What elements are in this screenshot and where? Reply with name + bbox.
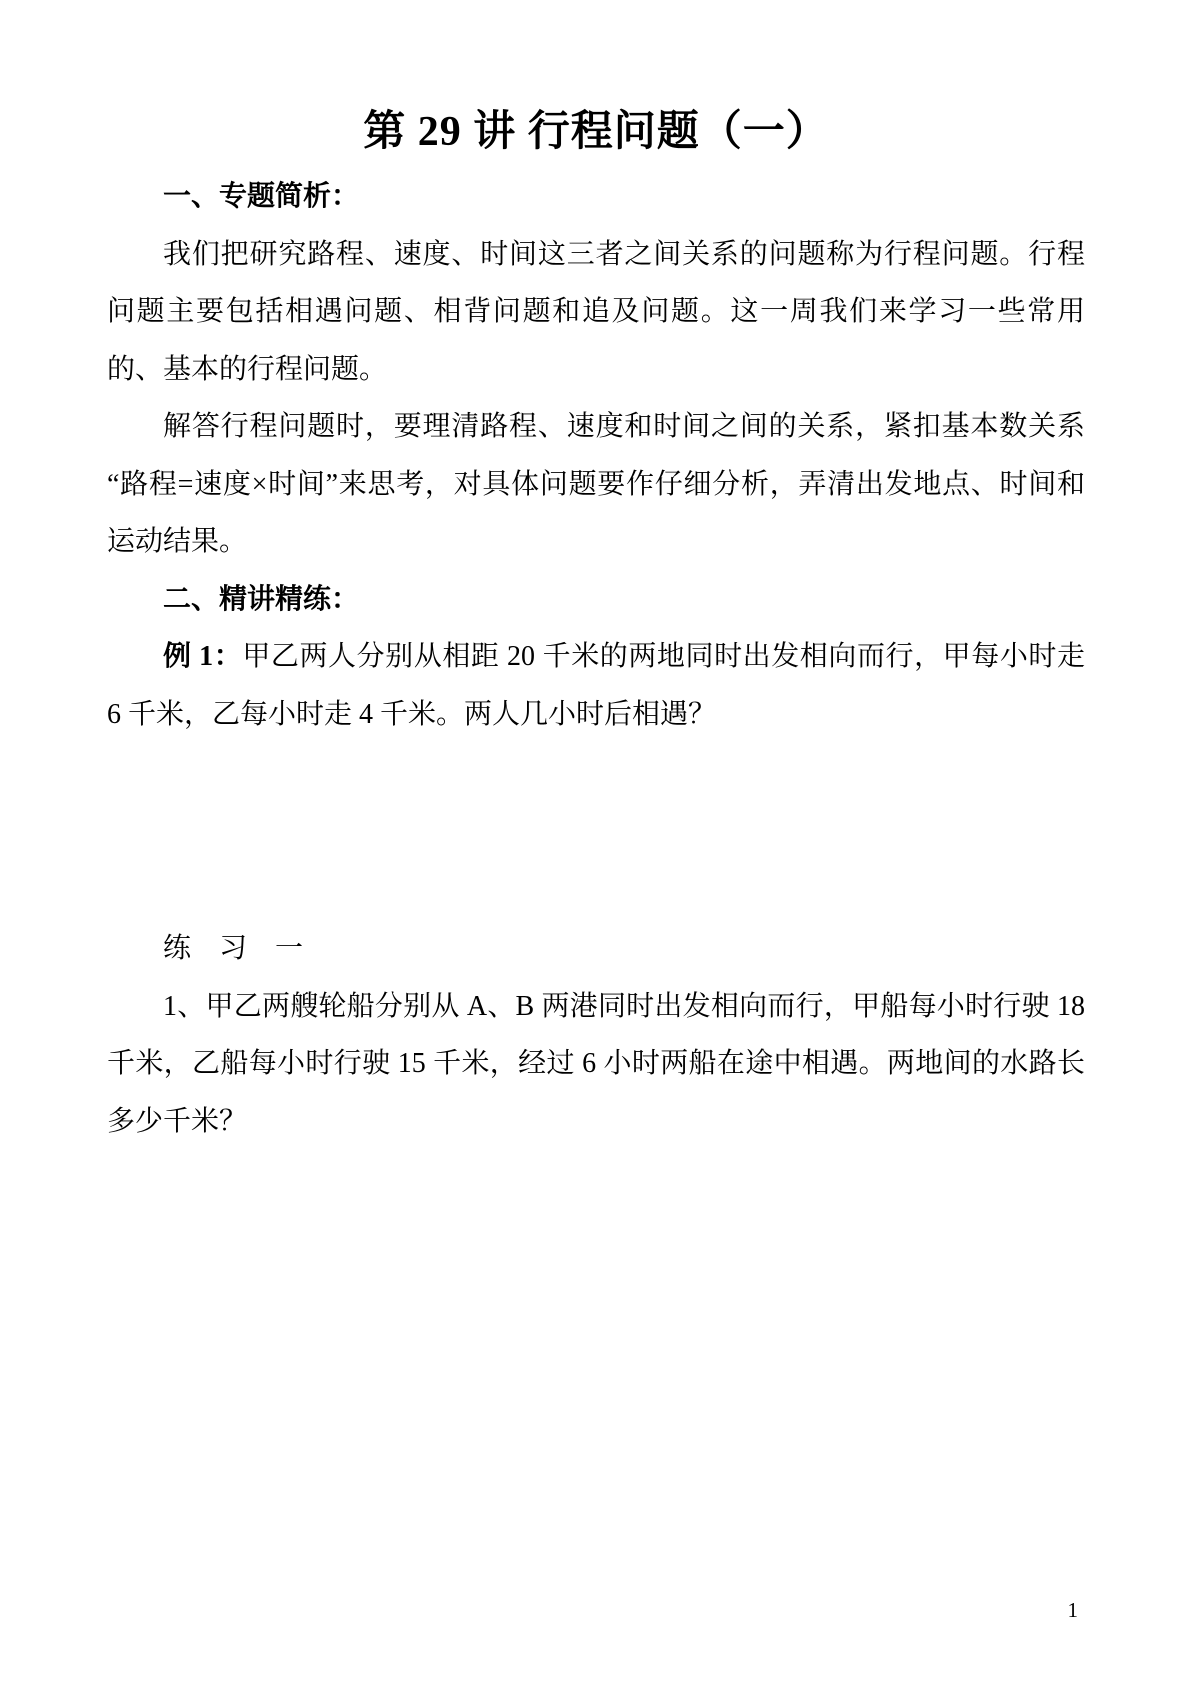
- workspace-blank-area: [107, 743, 1085, 920]
- section2-heading: 二、精讲精练：: [107, 571, 1085, 629]
- document-page: 第 29 讲 行程问题（一） 一、专题简析： 我们把研究路程、速度、时间这三者之…: [0, 0, 1191, 1684]
- example1-text: 甲乙两人分别从相距 20 千米的两地同时出发相向而行，甲每小时走 6 千米，乙每…: [107, 641, 1085, 730]
- section1-heading: 一、专题简析：: [107, 168, 1085, 226]
- section1-paragraph-2: 解答行程问题时，要理清路程、速度和时间之间的关系，紧扣基本数关系“路程=速度×时…: [107, 398, 1085, 571]
- page-number: 1: [1068, 1598, 1079, 1622]
- document-title: 第 29 讲 行程问题（一）: [107, 0, 1085, 160]
- example1-paragraph: 例 1：甲乙两人分别从相距 20 千米的两地同时出发相向而行，甲每小时走 6 千…: [107, 628, 1085, 743]
- example1-label: 例 1：: [163, 641, 242, 672]
- practice-problem-1: 1、甲乙两艘轮船分别从 A、B 两港同时出发相向而行，甲船每小时行驶 18 千米…: [107, 978, 1085, 1151]
- practice-section-heading: 练 习 一: [107, 920, 1085, 978]
- section1-paragraph-1: 我们把研究路程、速度、时间这三者之间关系的问题称为行程问题。行程问题主要包括相遇…: [107, 226, 1085, 399]
- document-body: 一、专题简析： 我们把研究路程、速度、时间这三者之间关系的问题称为行程问题。行程…: [107, 168, 1085, 1150]
- document-content: 第 29 讲 行程问题（一） 一、专题简析： 我们把研究路程、速度、时间这三者之…: [0, 0, 1191, 1150]
